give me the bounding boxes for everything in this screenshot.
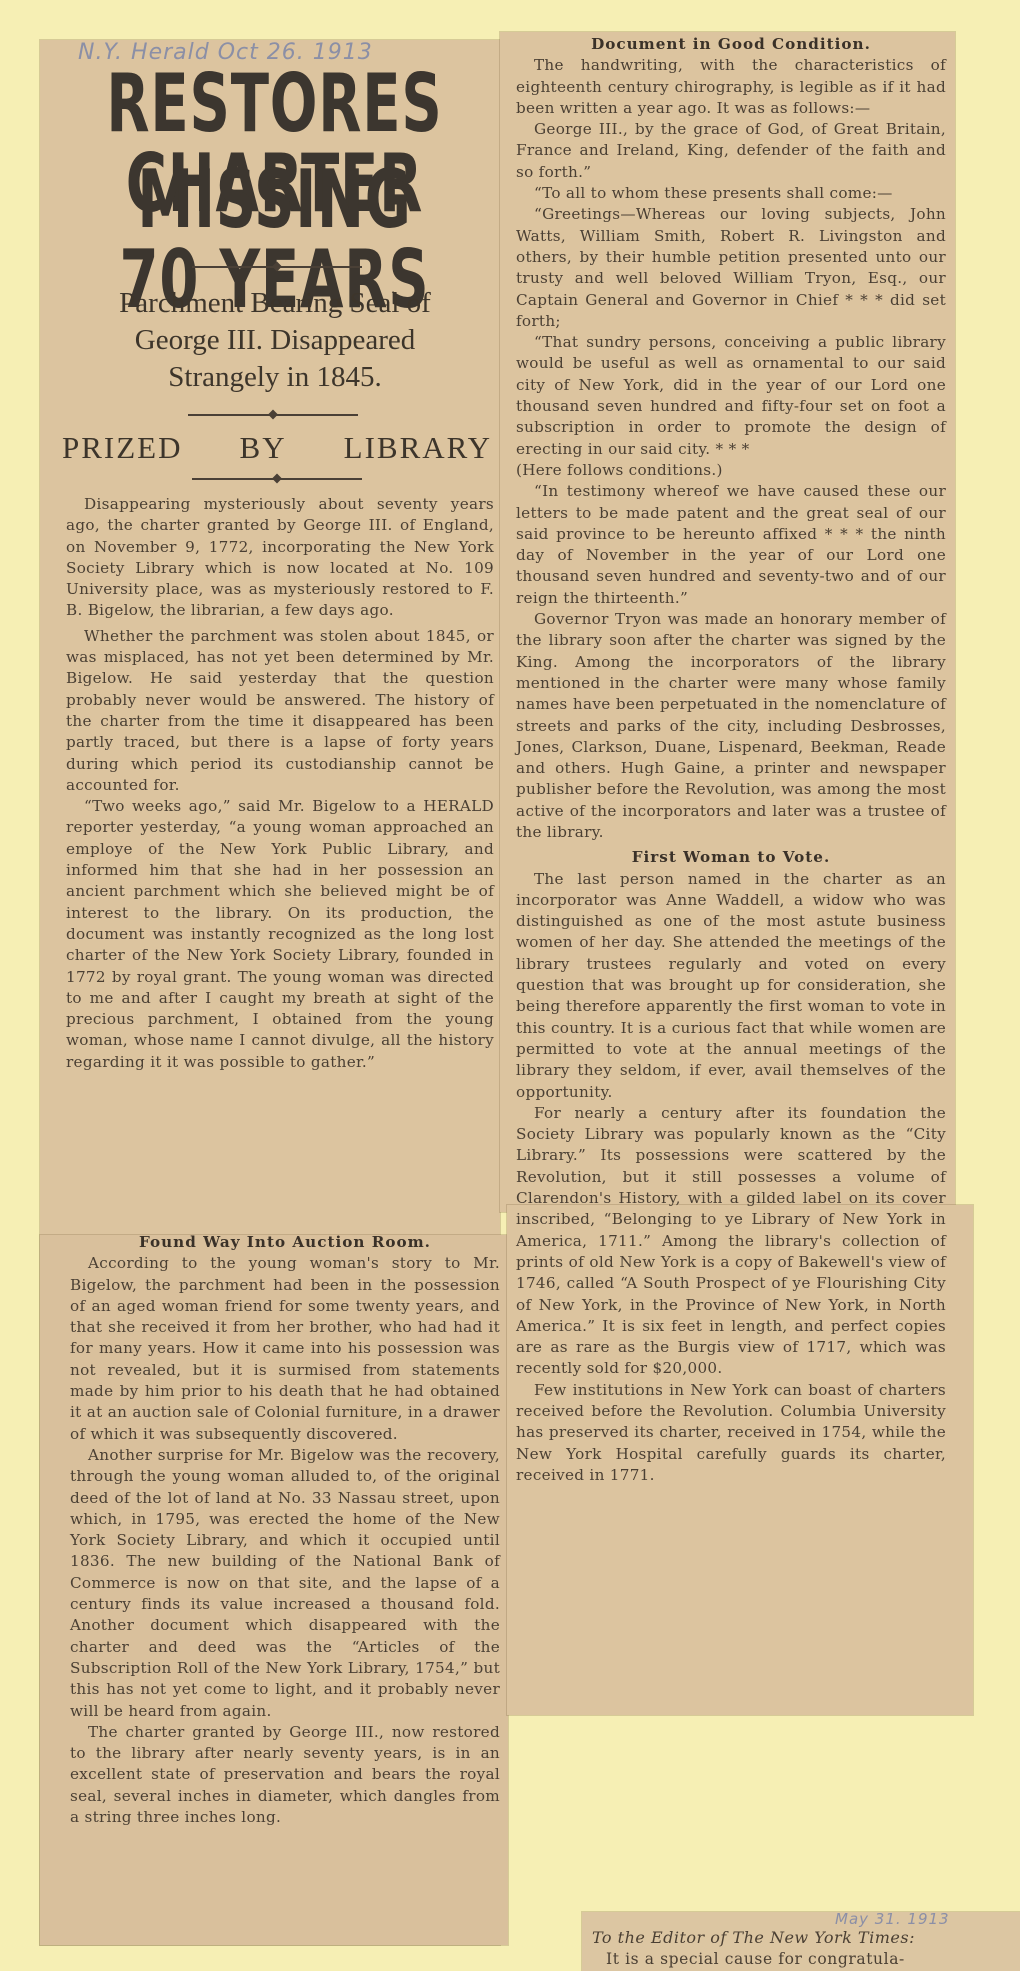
left-column-body: Disappearing mysteriously about seventy … <box>66 494 494 1073</box>
banner-prized-by-library: PRIZED BY LIBRARY <box>62 430 492 466</box>
banner-word: LIBRARY <box>344 430 492 466</box>
paragraph: (Here follows conditions.) <box>516 460 946 481</box>
banner-word: PRIZED <box>62 430 183 466</box>
subhead-auction: Found Way Into Auction Room. <box>70 1232 500 1253</box>
paragraph: “Greetings—Whereas our loving subjects, … <box>516 204 946 332</box>
paragraph: George III., by the grace of God, of Gre… <box>516 119 946 183</box>
paragraph: Few institutions in New York can boast o… <box>516 1380 946 1486</box>
subhead-condition: Document in Good Condition. <box>516 34 946 55</box>
paragraph: Another surprise for Mr. Bigelow was the… <box>70 1445 500 1722</box>
paragraph: Governor Tryon was made an honorary memb… <box>516 609 946 843</box>
paragraph: The last person named in the charter as … <box>516 869 946 1103</box>
divider-rule <box>192 266 362 268</box>
paragraph: Disappearing mysteriously about seventy … <box>66 494 494 622</box>
deck-line-1: Parchment Bearing Seal of <box>55 285 495 322</box>
letter-first-line: It is a special cause for congratula- <box>606 1950 905 1968</box>
paragraph: The charter granted by George III., now … <box>70 1722 500 1828</box>
paragraph: “Two weeks ago,” said Mr. Bigelow to a H… <box>66 796 494 1073</box>
deck-line-3: Strangely in 1845. <box>55 359 495 396</box>
paragraph: “That sundry persons, conceiving a publi… <box>516 332 946 460</box>
paragraph: “In testimony whereof we have caused the… <box>516 481 946 609</box>
paragraph: According to the young woman's story to … <box>70 1253 500 1445</box>
divider-rule <box>188 414 358 416</box>
letter-salutation: To the Editor of The New York Times: <box>592 1928 915 1947</box>
paragraph: Whether the parchment was stolen about 1… <box>66 626 494 796</box>
paragraph: “To all to whom these presents shall com… <box>516 183 946 204</box>
banner-word: BY <box>240 430 287 466</box>
right-column-body: Document in Good Condition. The handwrit… <box>516 34 946 1486</box>
subhead-vote: First Woman to Vote. <box>516 847 946 868</box>
divider-rule <box>192 478 362 480</box>
auction-section: Found Way Into Auction Room. According t… <box>70 1232 500 1828</box>
paragraph: The handwriting, with the characteristic… <box>516 55 946 119</box>
handwritten-date: May 31. 1913 <box>835 1910 950 1928</box>
paragraph: For nearly a century after its foundatio… <box>516 1103 946 1380</box>
deck-line-2: George III. Disappeared <box>55 322 495 359</box>
